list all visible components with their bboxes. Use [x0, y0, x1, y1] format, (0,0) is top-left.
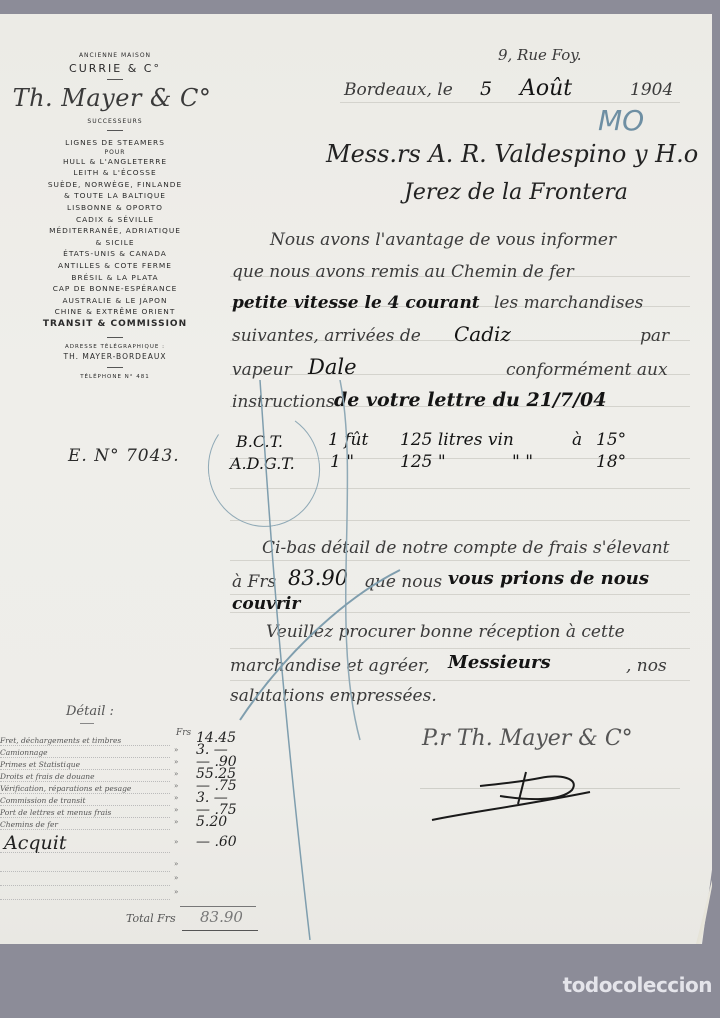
- successeurs-label: SUCCESSEURS: [20, 118, 210, 125]
- total-label: Total Frs: [126, 912, 176, 925]
- telegraph-label: ADRESSE TÉLÉGRAPHIQUE :: [20, 344, 210, 350]
- divider: [107, 130, 123, 131]
- body-line: que nous avons remis au Chemin de fer: [232, 262, 574, 282]
- handwritten-salutation: Messieurs: [448, 652, 551, 673]
- handwritten-transport: petite vitesse le 4 courant: [232, 293, 480, 313]
- reference-number: E. N° 7043.: [68, 446, 180, 466]
- goods-at: " ": [512, 452, 533, 472]
- detail-row: Acquit»— .60: [0, 840, 260, 860]
- route-item: CADIX & SÉVILLE: [20, 214, 210, 226]
- date-month: Août: [520, 76, 572, 101]
- former-firm-name: CURRIE & C°: [20, 62, 210, 75]
- route-item: BRÉSIL & LA PLATA: [20, 272, 210, 284]
- body-line: , nos: [626, 656, 667, 676]
- body-line: Nous avons l'avantage de vous informer: [270, 230, 616, 250]
- detail-rule: [80, 723, 94, 724]
- recipient-city: Jerez de la Frontera: [404, 180, 628, 205]
- letterhead: ANCIENNE MAISON CURRIE & C° Th. Mayer & …: [20, 52, 210, 380]
- body-line: les marchandises: [494, 293, 643, 313]
- date-year: 1904: [630, 80, 673, 100]
- detail-row: »: [0, 876, 260, 888]
- divider: [107, 367, 123, 368]
- date-rule: [340, 102, 680, 103]
- route-item: MÉDITERRANÉE, ADRIATIQUE: [20, 225, 210, 237]
- route-item: ANTILLES & COTE FERME: [20, 260, 210, 272]
- watermark: todocoleccion: [563, 973, 712, 997]
- date-prefix: Bordeaux, le: [344, 80, 453, 100]
- total-underline: [182, 930, 258, 931]
- divider: [107, 79, 123, 80]
- detail-row: »: [0, 862, 260, 874]
- body-line: suivantes, arrivées de: [232, 326, 421, 346]
- goods-at: à: [572, 430, 582, 450]
- divider: [107, 337, 123, 338]
- route-item: CAP DE BONNE-ESPÉRANCE: [20, 283, 210, 295]
- street-address: 9, Rue Foy.: [498, 46, 582, 64]
- route-item: AUSTRALIE & LE JAPON: [20, 295, 210, 307]
- signature-scrawl-icon: [430, 768, 610, 824]
- route-item: CHINE & EXTRÊME ORIENT: [20, 306, 210, 318]
- services-label: TRANSIT & COMMISSION: [20, 318, 210, 331]
- goods-degree: 15°: [596, 430, 626, 450]
- route-item: SUÈDE, NORWÈGE, FINLANDE: [20, 179, 210, 191]
- detail-row: »: [0, 890, 260, 902]
- detail-row: Chemins de fer»5.20: [0, 820, 260, 832]
- per-firm-signature: P.r Th. Mayer & C°: [422, 726, 633, 751]
- ancienne-maison-label: ANCIENNE MAISON: [20, 52, 210, 59]
- route-item: LEITH & L'ÉCOSSE: [20, 167, 210, 179]
- route-item: HULL & L'ANGLETERRE: [20, 156, 210, 168]
- body-line: par: [640, 326, 669, 346]
- telegraph-address: TH. MAYER-BORDEAUX: [20, 352, 210, 361]
- date-day: 5: [480, 78, 492, 100]
- total-value: 83.90: [200, 908, 243, 926]
- goods-degree: 18°: [596, 452, 626, 472]
- body-line: vapeur: [232, 360, 292, 380]
- recipient-name: Mess.rs A. R. Valdespino y H.o: [326, 140, 698, 168]
- telephone: TÉLÉPHONE N° 481: [20, 374, 210, 380]
- lines-intro: LIGNES DE STEAMERS: [20, 137, 210, 149]
- route-item: LISBONNE & OPORTO: [20, 202, 210, 214]
- detail-title: Détail :: [66, 704, 114, 719]
- route-item: & SICILE: [20, 237, 210, 249]
- pencil-mark: MO: [598, 104, 644, 137]
- route-item: & TOUTE LA BALTIQUE: [20, 190, 210, 202]
- handwritten-request: vous prions de nous: [448, 568, 649, 589]
- body-line: conformément aux: [506, 360, 668, 380]
- firm-name: Th. Mayer & C°: [2, 84, 222, 112]
- handwritten-origin: Cadiz: [454, 322, 511, 346]
- handwritten-vessel: Dale: [308, 355, 357, 379]
- route-item: ÉTATS-UNIS & CANADA: [20, 248, 210, 260]
- total-rule: [180, 906, 256, 907]
- pour-label: POUR: [20, 149, 210, 156]
